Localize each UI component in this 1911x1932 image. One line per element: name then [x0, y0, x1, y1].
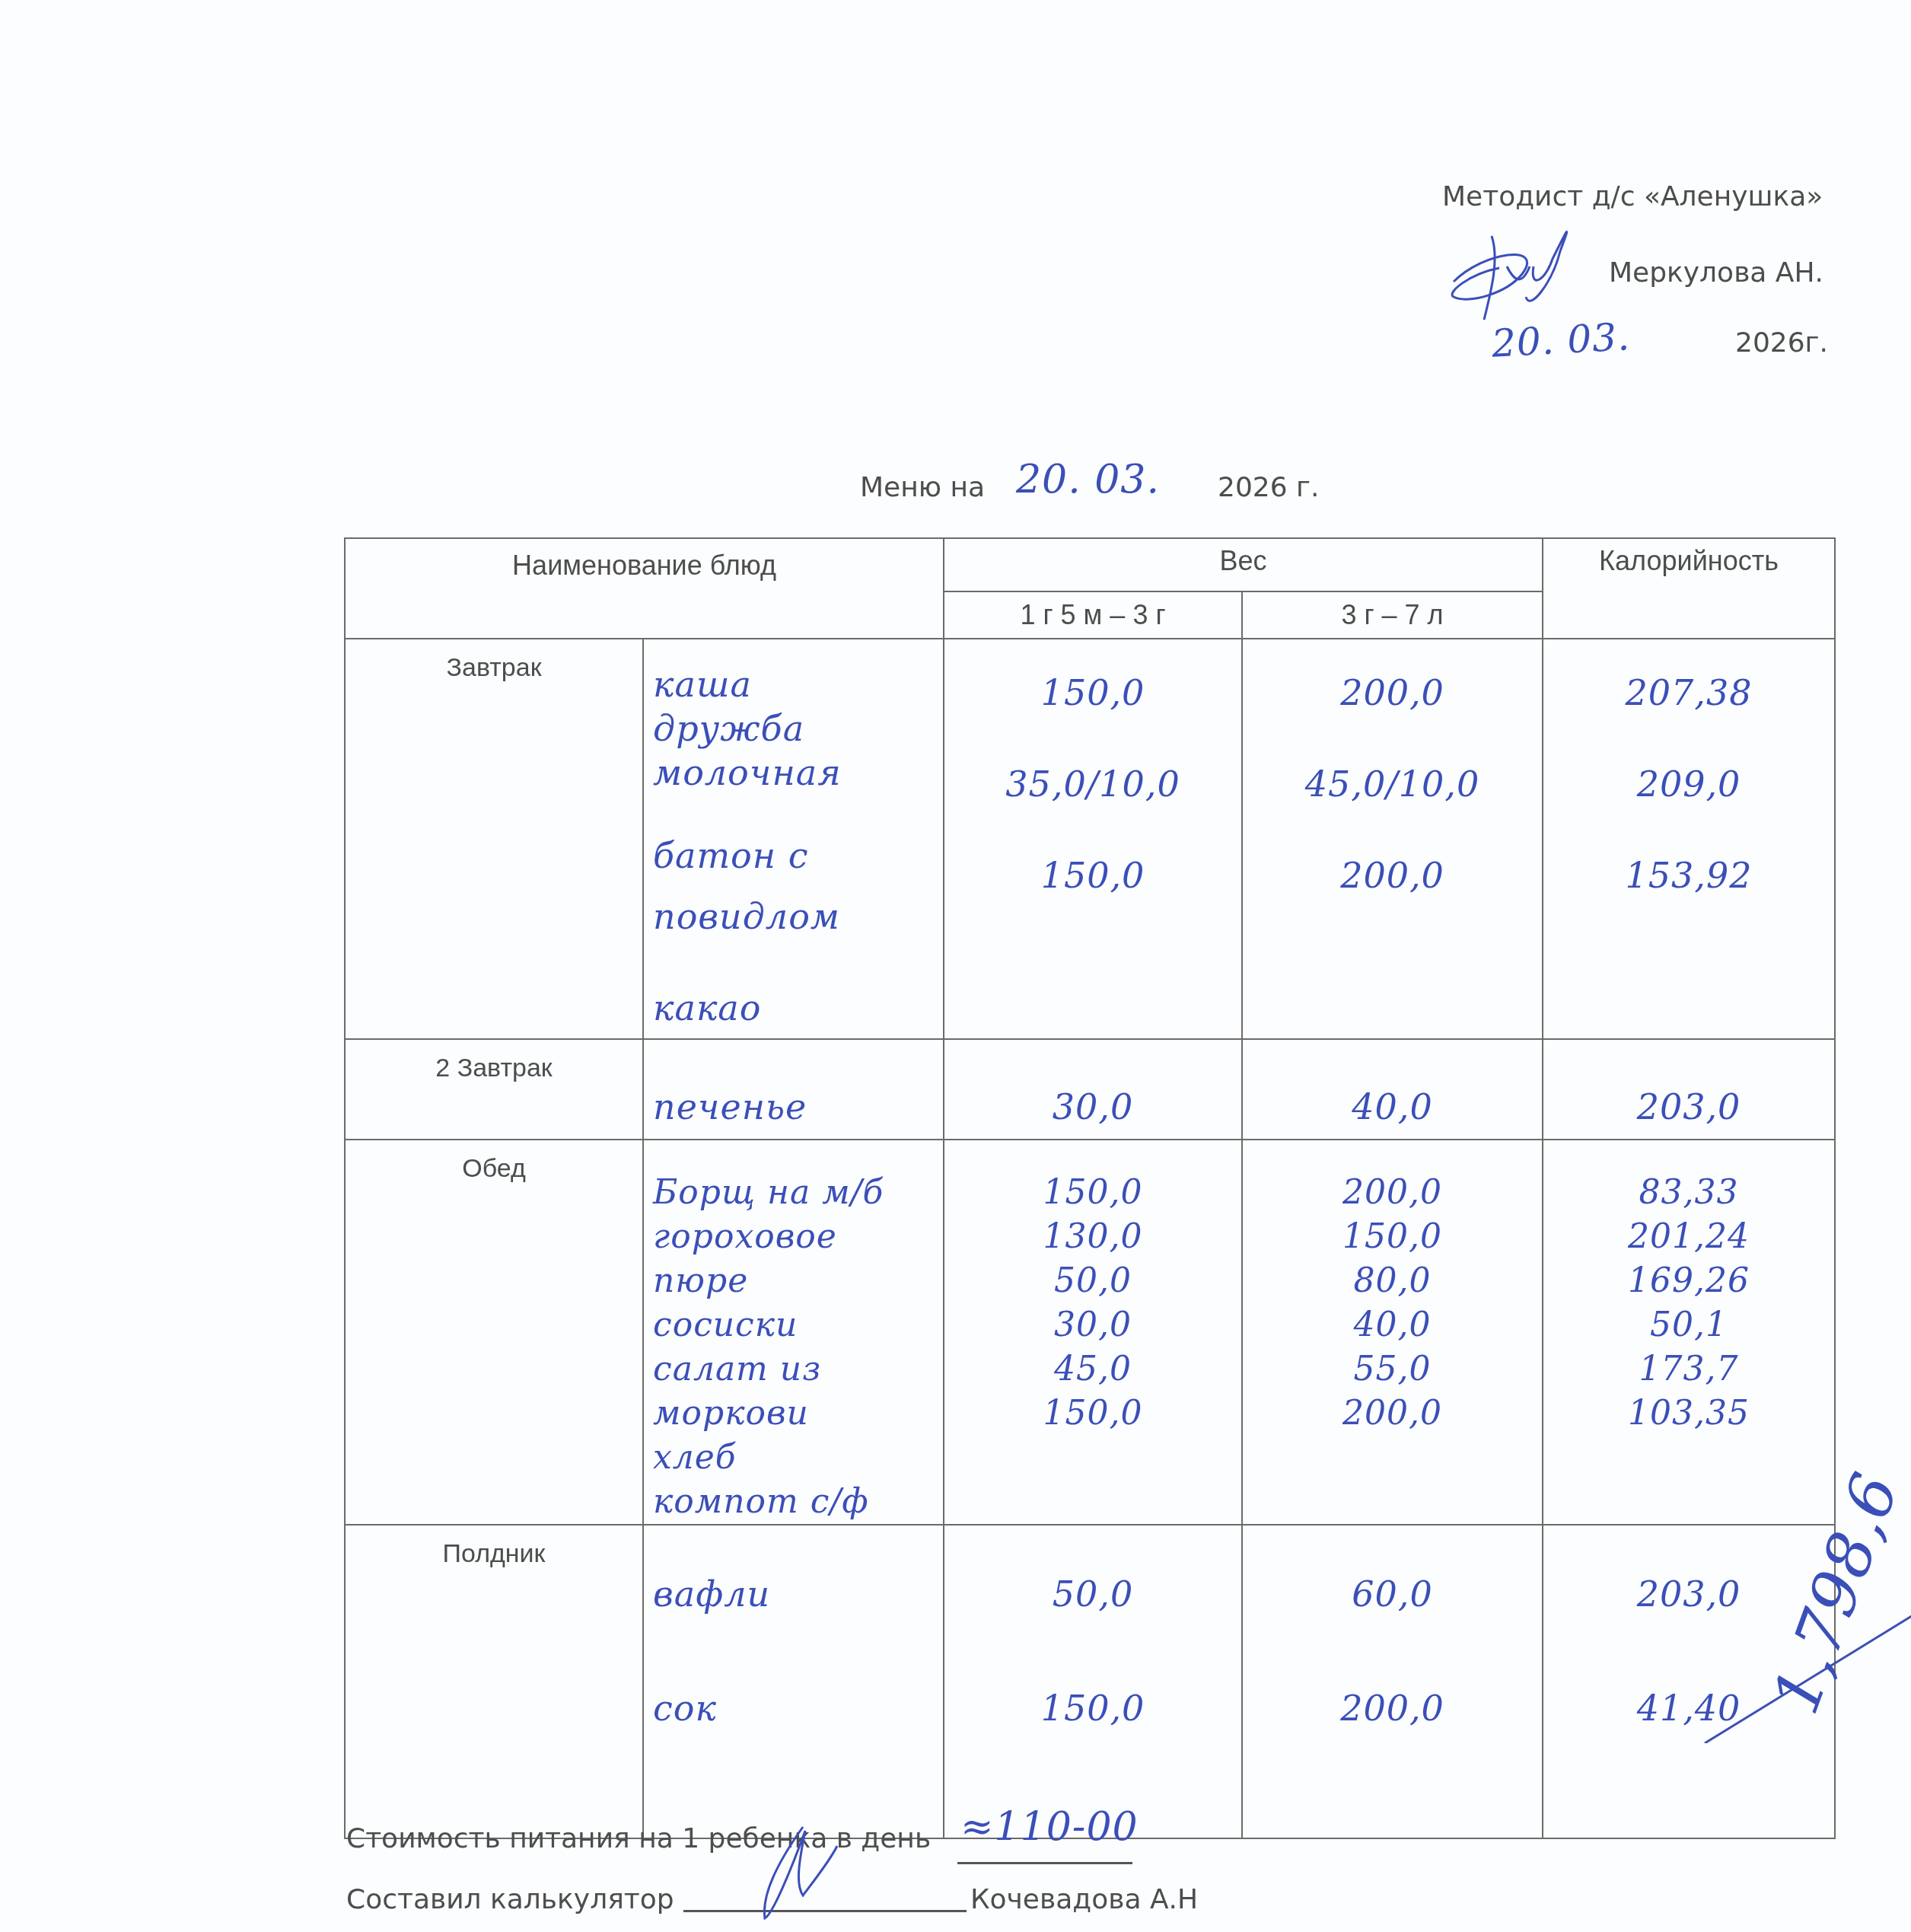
menu-item-calories: 203,0 — [1543, 1076, 1834, 1137]
weight-age-2-cell: 200,045,0/10,0200,0 — [1242, 639, 1543, 1039]
menu-item-dish: Борщ на м/б — [644, 1171, 943, 1215]
menu-item-calories: 207,38 — [1543, 662, 1834, 723]
menu-item-calories: 209,0 — [1543, 754, 1834, 815]
menu-item-dish: каша дружба молочная — [644, 662, 904, 795]
weight-age-1-cell: 150,035,0/10,0150,0 — [944, 639, 1242, 1039]
menu-item-calories: 173,7 — [1543, 1347, 1834, 1392]
menu-item-calories: 103,35 — [1543, 1392, 1834, 1436]
menu-item-weight-1: 30,0 — [944, 1303, 1241, 1347]
compiler-label: Составил калькулятор — [346, 1884, 674, 1915]
menu-item-weight-1: 130,0 — [944, 1215, 1241, 1259]
menu-item-weight-2: 150,0 — [1243, 1215, 1542, 1259]
approval-year: 2026г. — [1735, 327, 1828, 359]
menu-item-weight-1: 50,0 — [944, 1564, 1241, 1624]
menu-item-dish: батон с повидлом — [644, 825, 943, 947]
compiler-signature-icon — [731, 1823, 845, 1922]
approver-name: Меркулова АН. — [1609, 257, 1823, 289]
weight-age-2-cell: 200,0150,080,040,055,0200,0 — [1242, 1140, 1543, 1525]
meal-name: 2 Завтрак — [345, 1039, 643, 1140]
menu-item-dish: какао — [644, 977, 943, 1038]
menu-item-dish: компот с/ф — [644, 1480, 943, 1524]
menu-title-label: Меню на — [860, 472, 985, 503]
menu-item-weight-1: 45,0 — [944, 1347, 1241, 1392]
menu-item-calories: 83,33 — [1543, 1171, 1834, 1215]
header-weight-age-2: 3 г – 7 л — [1242, 591, 1543, 639]
menu-item-calories: 201,24 — [1543, 1215, 1834, 1259]
menu-date: 20. 03. — [1016, 457, 1160, 502]
menu-item-dish: салат из моркови — [644, 1347, 943, 1436]
weight-age-2-cell: 60,0200,0 — [1242, 1525, 1543, 1838]
menu-item-calories: 169,26 — [1543, 1259, 1834, 1303]
menu-item-weight-2: 80,0 — [1243, 1259, 1542, 1303]
menu-item-weight-2: 60,0 — [1243, 1564, 1542, 1624]
calories-cell: 203,0 — [1543, 1039, 1835, 1140]
cost-value: ≈110-00 — [960, 1804, 1139, 1850]
header-weight: Вес — [944, 538, 1543, 591]
meal-name: Обед — [345, 1140, 643, 1525]
weight-age-1-cell: 50,0150,0 — [944, 1525, 1242, 1838]
header-dish-name: Наименование блюд — [345, 538, 944, 639]
approval-title: Методист д/с «Аленушка» — [1442, 181, 1823, 212]
menu-item-dish: сок — [644, 1678, 943, 1739]
menu-item-dish: сосиски — [644, 1303, 943, 1347]
menu-item-dish: хлеб — [644, 1436, 943, 1480]
header-calories: Калорийность — [1543, 538, 1835, 639]
approval-date: 20. 03. — [1491, 314, 1632, 365]
meal-row: ОбедБорщ на м/бгороховое пюресосискисала… — [345, 1140, 1835, 1525]
menu-item-weight-1: 50,0 — [944, 1259, 1241, 1303]
dish-cell: Борщ на м/бгороховое пюресосискисалат из… — [643, 1140, 944, 1525]
cost-underline — [957, 1862, 1132, 1864]
compiler-name: Кочевадова А.Н — [970, 1884, 1198, 1915]
menu-item-weight-2: 45,0/10,0 — [1243, 754, 1542, 815]
meal-name: Завтрак — [345, 639, 643, 1039]
menu-item-weight-2: 200,0 — [1243, 1678, 1542, 1739]
menu-item-calories: 50,1 — [1543, 1303, 1834, 1347]
menu-item-weight-2: 40,0 — [1243, 1303, 1542, 1347]
calories-cell: 83,33201,24169,2650,1173,7103,35 — [1543, 1140, 1835, 1525]
menu-item-weight-1: 150,0 — [944, 1392, 1241, 1436]
menu-item-weight-2: 40,0 — [1243, 1076, 1542, 1137]
menu-item-dish: гороховое пюре — [644, 1215, 943, 1303]
menu-item-calories: 153,92 — [1543, 845, 1834, 906]
menu-item-dish: печенье — [644, 1076, 943, 1137]
meal-row: Полдниквафлисок50,0150,060,0200,0203,041… — [345, 1525, 1835, 1838]
menu-item-weight-2: 200,0 — [1243, 1392, 1542, 1436]
weight-age-1-cell: 150,0130,050,030,045,0150,0 — [944, 1140, 1242, 1525]
dish-cell: печенье — [643, 1039, 944, 1140]
menu-item-weight-1: 150,0 — [944, 845, 1241, 906]
calories-cell: 207,38209,0153,92 — [1543, 639, 1835, 1039]
menu-table: Наименование блюд Вес Калорийность 1 г 5… — [344, 537, 1836, 1839]
weight-age-1-cell: 30,0 — [944, 1039, 1242, 1140]
menu-item-weight-2: 200,0 — [1243, 845, 1542, 906]
menu-item-weight-1: 35,0/10,0 — [944, 754, 1241, 815]
menu-item-weight-1: 30,0 — [944, 1076, 1241, 1137]
menu-item-weight-2: 200,0 — [1243, 662, 1542, 723]
menu-item-weight-1: 150,0 — [944, 662, 1241, 723]
meal-row: 2 Завтракпеченье30,040,0203,0 — [345, 1039, 1835, 1140]
weight-age-2-cell: 40,0 — [1242, 1039, 1543, 1140]
dish-cell: вафлисок — [643, 1525, 944, 1838]
menu-item-weight-1: 150,0 — [944, 1678, 1241, 1739]
approver-signature-icon — [1438, 221, 1591, 327]
menu-year: 2026 г. — [1218, 472, 1319, 503]
meal-row: Завтраккаша дружба молочнаябатон с повид… — [345, 639, 1835, 1039]
menu-item-weight-1: 150,0 — [944, 1171, 1241, 1215]
menu-item-weight-2: 55,0 — [1243, 1347, 1542, 1392]
menu-item-weight-2: 200,0 — [1243, 1171, 1542, 1215]
dish-cell: каша дружба молочнаябатон с повидломкака… — [643, 639, 944, 1039]
meal-name: Полдник — [345, 1525, 643, 1838]
menu-item-dish: вафли — [644, 1564, 943, 1624]
header-weight-age-1: 1 г 5 м – 3 г — [944, 591, 1242, 639]
